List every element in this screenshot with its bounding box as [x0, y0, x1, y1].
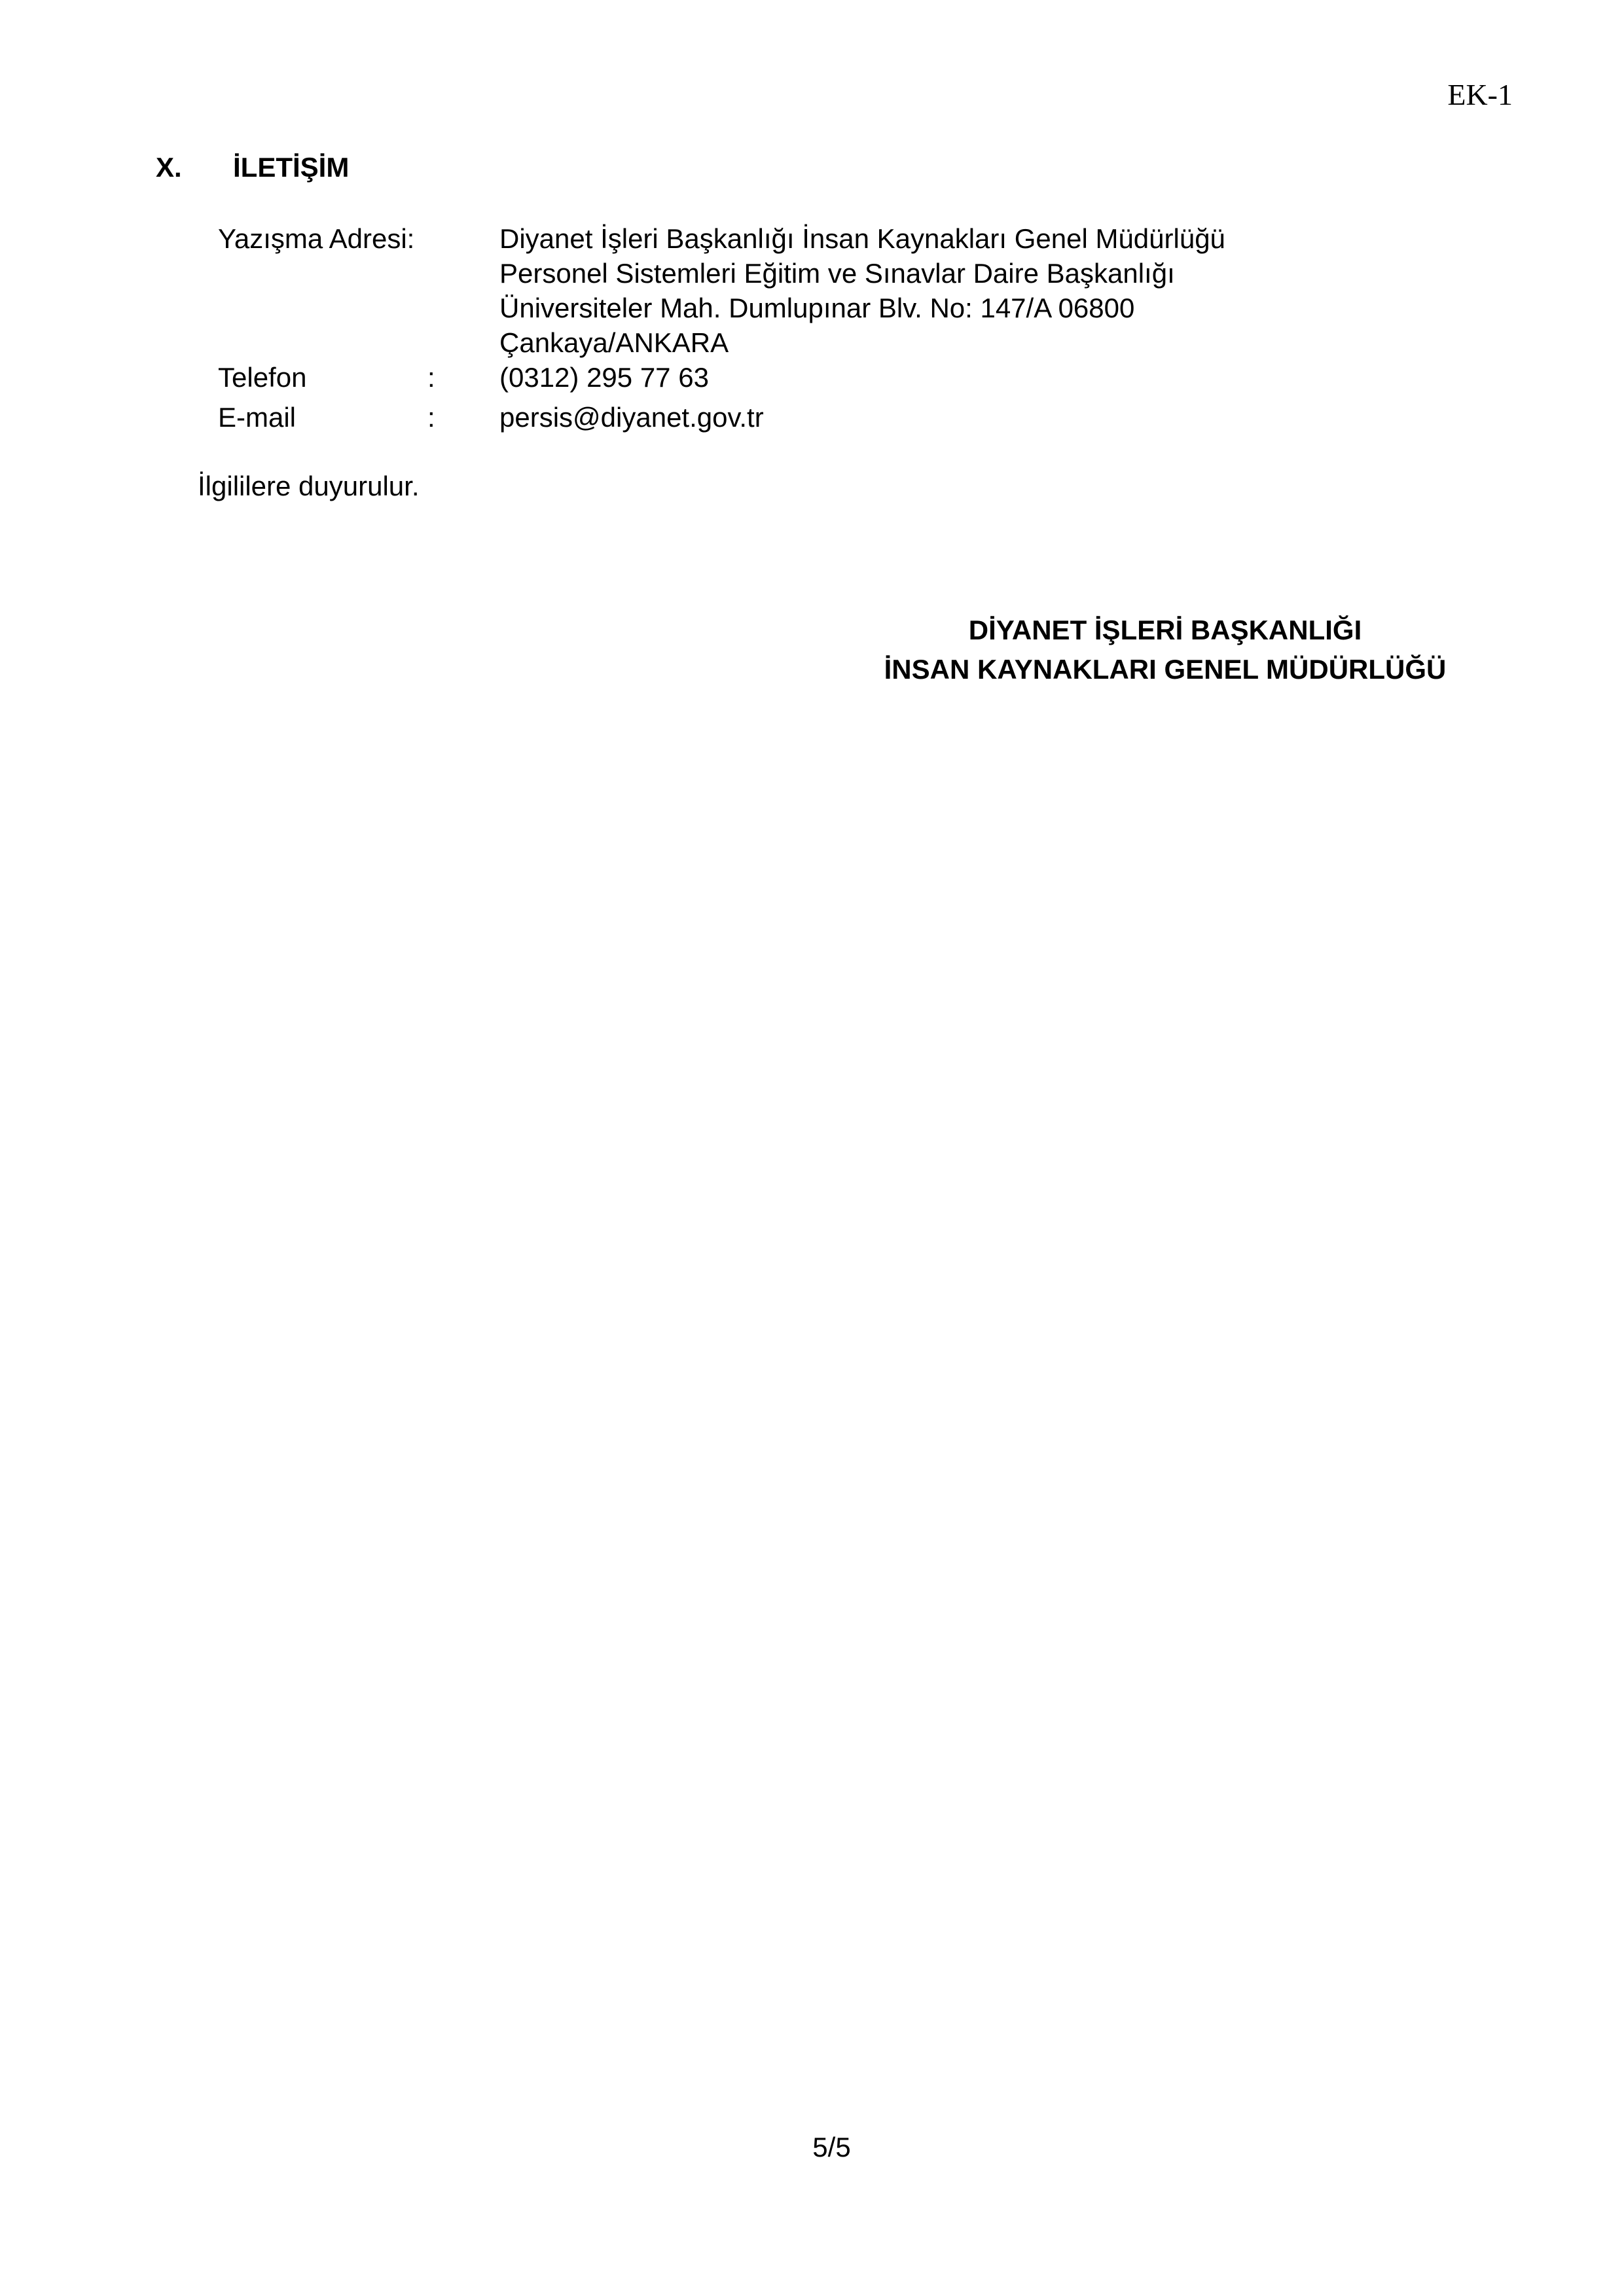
- signature-block: DİYANET İŞLERİ BAŞKANLIĞI İNSAN KAYNAKLA…: [825, 611, 1506, 689]
- phone-value: (0312) 295 77 63: [499, 360, 709, 395]
- address-line: Diyanet İşleri Başkanlığı İnsan Kaynakla…: [499, 221, 1225, 256]
- email-row: E-mail : persis@diyanet.gov.tr: [218, 400, 1225, 435]
- address-line: Personel Sistemleri Eğitim ve Sınavlar D…: [499, 256, 1225, 291]
- phone-separator: :: [427, 360, 499, 395]
- email-separator: :: [427, 400, 499, 435]
- address-value: Diyanet İşleri Başkanlığı İnsan Kaynakla…: [499, 221, 1225, 360]
- closing-statement: İlgililere duyurulur.: [198, 473, 420, 500]
- address-label: Yazışma Adresi:: [218, 221, 499, 256]
- section-number: X.: [156, 154, 233, 181]
- email-value: persis@diyanet.gov.tr: [499, 400, 764, 435]
- page-number: 5/5: [812, 2132, 850, 2162]
- annex-label: EK-1: [1447, 80, 1513, 110]
- address-line: Çankaya/ANKARA: [499, 325, 1225, 360]
- phone-label: Telefon: [218, 360, 427, 395]
- section-heading: X.İLETİŞİM: [156, 154, 349, 181]
- signature-line-1: DİYANET İŞLERİ BAŞKANLIĞI: [825, 611, 1506, 650]
- phone-row: Telefon : (0312) 295 77 63: [218, 360, 1225, 395]
- page-number-footer: 5/5: [0, 2134, 1624, 2161]
- section-title: İLETİŞİM: [233, 152, 349, 183]
- contact-block: Yazışma Adresi: Diyanet İşleri Başkanlığ…: [218, 221, 1225, 435]
- address-row: Yazışma Adresi: Diyanet İşleri Başkanlığ…: [218, 221, 1225, 360]
- email-label: E-mail: [218, 400, 427, 435]
- signature-line-2: İNSAN KAYNAKLARI GENEL MÜDÜRLÜĞÜ: [825, 650, 1506, 689]
- address-line: Üniversiteler Mah. Dumlupınar Blv. No: 1…: [499, 291, 1225, 325]
